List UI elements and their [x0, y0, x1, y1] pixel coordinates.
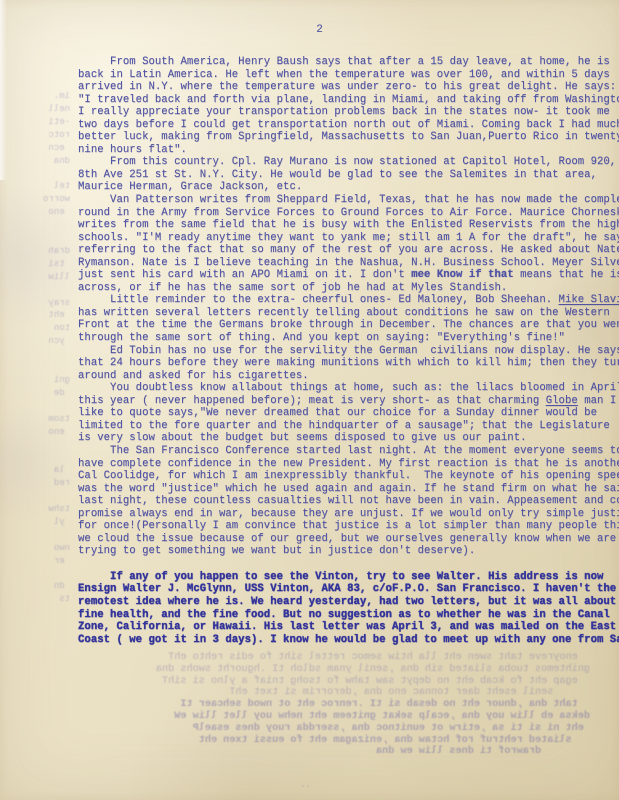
typed-line: I really appreciate your transportation …	[78, 106, 619, 119]
paragraph: Ed Tobin has no use for the servility th…	[78, 345, 619, 383]
paragraph: The San Francisco Conference started las…	[78, 445, 619, 558]
typed-line: like to quote says,"We never dreamed tha…	[78, 407, 619, 420]
bleed-fragment: nell	[0, 103, 70, 116]
typed-line: Ensign Walter J. McGlynn, USS Vinton, AK…	[78, 583, 619, 596]
bleed-fragment	[0, 284, 70, 297]
bleed-fragment: drah	[0, 245, 70, 258]
bleed-fragment: im.	[0, 90, 70, 103]
bleed-fragment	[0, 361, 70, 374]
typed-line: limited to the fore quarter and the hind…	[78, 420, 619, 433]
typed-line: "I traveled back and forth via plane, la…	[78, 94, 619, 107]
bleed-fragment: er	[0, 555, 70, 568]
typed-line: fine health, and the fine food. But no s…	[78, 609, 619, 622]
bleed-fragment: eno	[0, 426, 70, 439]
typed-line: Cal Coolidge, for which I am inexpressib…	[78, 470, 619, 483]
typed-line: better luck, making from Springfield, Ma…	[78, 131, 619, 144]
bleed-fragment	[0, 490, 70, 503]
bleed-fragment: deksa eb lliw uoy dna ,ecalp sekat gnite…	[34, 711, 590, 723]
typed-line: You doubtless know allabout things at ho…	[78, 382, 619, 395]
bleed-fragment: sliated rehtruf rof hctaw dna ,enizagam …	[34, 735, 590, 747]
typed-line: across, or if he has the same sort of jo…	[78, 282, 619, 295]
typed-line: If any of you happen to see the Vinton, …	[78, 571, 619, 584]
typed-line: referring to the fact that so many of th…	[78, 244, 619, 257]
typed-line: schools. "I'M ready anytime they want to…	[78, 232, 619, 245]
bleed-fragment: ts	[0, 593, 70, 606]
bleed-fragment: eht	[0, 309, 70, 322]
bleed-fragment: enoyreve taht swen eht lla htiw semoc re…	[34, 652, 590, 664]
typed-line: for once!(Personally I am convince that …	[78, 520, 619, 533]
bleed-fragment: lliw	[0, 271, 70, 284]
typed-line: was the word "justice" which he used aga…	[78, 483, 619, 496]
page-number: 2	[0, 24, 619, 36]
typed-line: Front at the time the Germans broke thro…	[78, 319, 619, 332]
typed-line: trying to get something we want but in j…	[78, 545, 619, 558]
bleed-fragment: rotc	[0, 129, 70, 142]
paragraph: You doubtless know allabout things at ho…	[78, 382, 619, 445]
typed-line: is very slow about the budget but seems …	[78, 432, 619, 445]
bleed-fragment: gni	[0, 374, 70, 387]
bleed-fragment: drawrof ti dnes lliw ew dna	[34, 746, 590, 758]
bleed-fragment: ecn	[0, 142, 70, 155]
typed-line: From South America, Henry Baush says tha…	[78, 56, 619, 69]
bleed-group: taht dna ,dnuor eht no desab si tI .renr…	[34, 699, 590, 758]
typed-line: remotest idea where he is. We heard yest…	[78, 596, 619, 609]
typed-line: 8th Ave 251 st St. N.Y. City. He would b…	[78, 169, 619, 182]
typed-line: Zone, California, or Hawaii. His last le…	[78, 621, 619, 634]
paragraph: From this country. Cpl. Ray Murano is no…	[78, 156, 619, 194]
bleed-fragment: -eti	[0, 116, 70, 129]
bleed-fragment	[0, 400, 70, 413]
bleed-fragment: senil eseht daer tonnac eno dna ,derorri…	[34, 687, 590, 699]
paragraph: Little reminder to the extra- cheerful o…	[78, 294, 619, 344]
bleed-fragment	[0, 219, 70, 232]
bleedthrough-mark: ..	[300, 780, 311, 790]
bleed-fragment	[0, 438, 70, 451]
bleed-fragment: de	[0, 387, 70, 400]
bleed-fragment	[0, 232, 70, 245]
bleed-fragment: dn	[0, 580, 70, 593]
typed-line: have complete confidence in the new Pres…	[78, 458, 619, 471]
paragraph: Van Patterson writes from Sheppard Field…	[78, 194, 619, 294]
bleed-fragment	[0, 451, 70, 464]
typed-line: writes from the same field that he is bu…	[78, 219, 619, 232]
bleed-fragment: tsom	[0, 413, 70, 426]
bleed-fragment: taht dna ,dnuor eht no desab si tI .renr…	[34, 699, 590, 711]
typed-line: nine hours flat".	[78, 144, 619, 157]
typed-line: Ed Tobin has no use for the servility th…	[78, 345, 619, 358]
typed-line: Little reminder to the extra- cheerful o…	[78, 294, 619, 307]
paragraph: From South America, Henry Baush says tha…	[78, 56, 619, 156]
bleed-fragment: la	[0, 464, 70, 477]
bleed-fragment: eno	[0, 206, 70, 219]
bleed-fragment: gnihtemos tuoba sliated sih dna ,senil y…	[34, 664, 590, 676]
typed-line: that 24 hours before they were making mu…	[78, 357, 619, 370]
bleed-fragment	[0, 167, 70, 180]
scanned-letter-page: 2 im.nell-etirotc ecndna telworro eno dr…	[0, 0, 619, 800]
bleed-fragment: red	[0, 477, 70, 490]
bleed-fragment: tshw	[0, 503, 70, 516]
typed-line: Van Patterson writes from Sheppard Field…	[78, 194, 619, 207]
typed-line: last night, these countless casualties w…	[78, 495, 619, 508]
typed-line: promise always end in war, because they …	[78, 508, 619, 521]
bleed-fragment: ycn	[0, 335, 70, 348]
typed-line: The San Francisco Conference started las…	[78, 445, 619, 458]
bleedthrough-bottom: enoyreve taht swen eht lla htiw semoc re…	[34, 652, 590, 758]
typed-line: two days before I could get transportati…	[78, 119, 619, 132]
bleed-fragment	[0, 568, 70, 581]
document-body: From South America, Henry Baush says tha…	[78, 56, 619, 646]
typed-line: arrived in N.Y. where the temperature wa…	[78, 81, 619, 94]
bleed-fragment: egap eht fo kcab eht no depyt saw tahw f…	[34, 676, 590, 688]
bleedthrough-left-margin: im.nell-etirotc ecndna telworro eno drah…	[0, 90, 70, 606]
bleed-fragment: worro	[0, 193, 70, 206]
bleed-fragment: tsi	[0, 258, 70, 271]
bleed-fragment: dna	[0, 155, 70, 168]
bleed-group: enoyreve taht swen eht lla htiw semoc re…	[34, 652, 590, 699]
typed-line: Rymanson. Nate is I believe teaching in …	[78, 257, 619, 270]
typed-line: back in Latin America. He left when the …	[78, 69, 619, 82]
typed-line: through the same sort of thing. And you …	[78, 332, 619, 345]
bleed-fragment: nwo	[0, 542, 70, 555]
bleed-fragment: sray	[0, 297, 70, 310]
bleed-fragment: tel	[0, 180, 70, 193]
typed-line: just sent his card with an APO Miami on …	[78, 269, 619, 282]
typed-line: has written several letters recently tel…	[78, 307, 619, 320]
typed-line: this year ( never happened before); meat…	[78, 395, 619, 408]
typed-line: around and asked for his cigarettes.	[78, 370, 619, 383]
bleed-fragment	[0, 529, 70, 542]
bleed-fragment: yl	[0, 516, 70, 529]
bleed-fragment: ton	[0, 322, 70, 335]
bleed-fragment	[0, 348, 70, 361]
typed-line: Coast ( we got it in 3 days). I know he …	[78, 634, 619, 647]
typed-line: we cloud the issue because of our greed,…	[78, 533, 619, 546]
typed-line: round in the Army from Service Forces to…	[78, 207, 619, 220]
bleed-fragment: eht ni si ti sa ,etirw ot eunitnoc dna ,…	[34, 723, 590, 735]
typed-line: From this country. Cpl. Ray Murano is no…	[78, 156, 619, 169]
typed-line: Maurice Herman, Grace Jackson, etc.	[78, 181, 619, 194]
paragraph: If any of you happen to see the Vinton, …	[78, 571, 619, 646]
